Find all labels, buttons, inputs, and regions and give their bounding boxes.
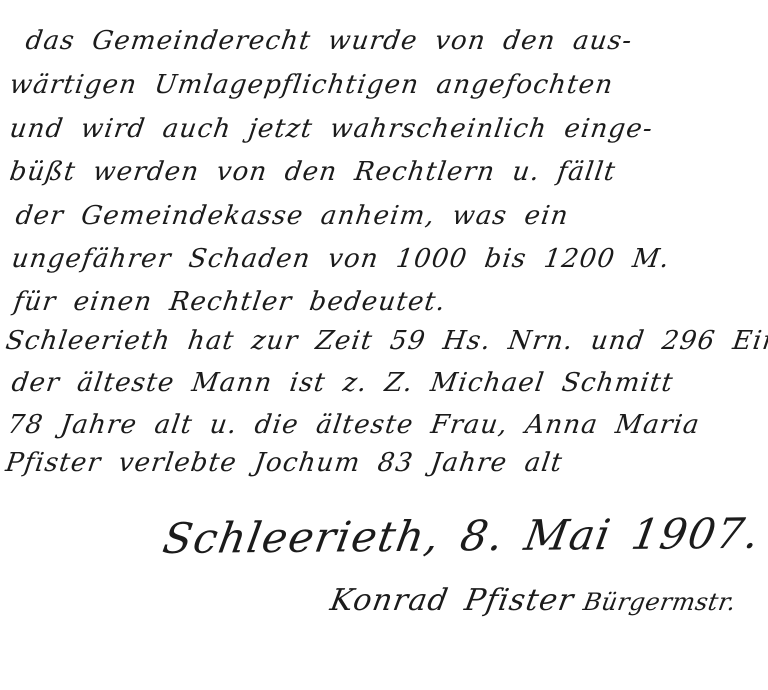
handwritten-line: 78 Jahre alt u. die älteste Frau, Anna M… (6, 412, 702, 438)
handwritten-line: Pfister verlebte Jochum 83 Jahre alt (4, 450, 565, 476)
handwritten-line: büßt werden von den Rechtlern u. fällt (8, 159, 618, 185)
signature-title: Bürgermstr. (581, 588, 738, 616)
handwritten-line: das Gemeinderecht wurde von den aus- (24, 28, 634, 54)
handwritten-line: der älteste Mann ist z. Z. Michael Schmi… (10, 370, 675, 396)
signature-line: Konrad PfisterBürgermstr. (328, 586, 739, 616)
handwritten-line: und wird auch jetzt wahrscheinlich einge… (8, 116, 655, 142)
handwritten-document-page: das Gemeinderecht wurde von den aus- wär… (0, 0, 768, 690)
dateline: Schleerieth, 8. Mai 1907. (160, 513, 763, 560)
handwritten-line: Schleerieth hat zur Zeit 59 Hs. Nrn. und… (4, 328, 768, 354)
handwritten-line: der Gemeindekasse anheim, was ein (14, 203, 571, 229)
signature-name: Konrad Pfister (328, 583, 577, 618)
handwritten-line: wärtigen Umlagepflichtigen angefochten (8, 72, 615, 98)
handwritten-line: für einen Rechtler bedeutet. (12, 289, 448, 315)
handwritten-line: ungefährer Schaden von 1000 bis 1200 M. (10, 246, 672, 272)
